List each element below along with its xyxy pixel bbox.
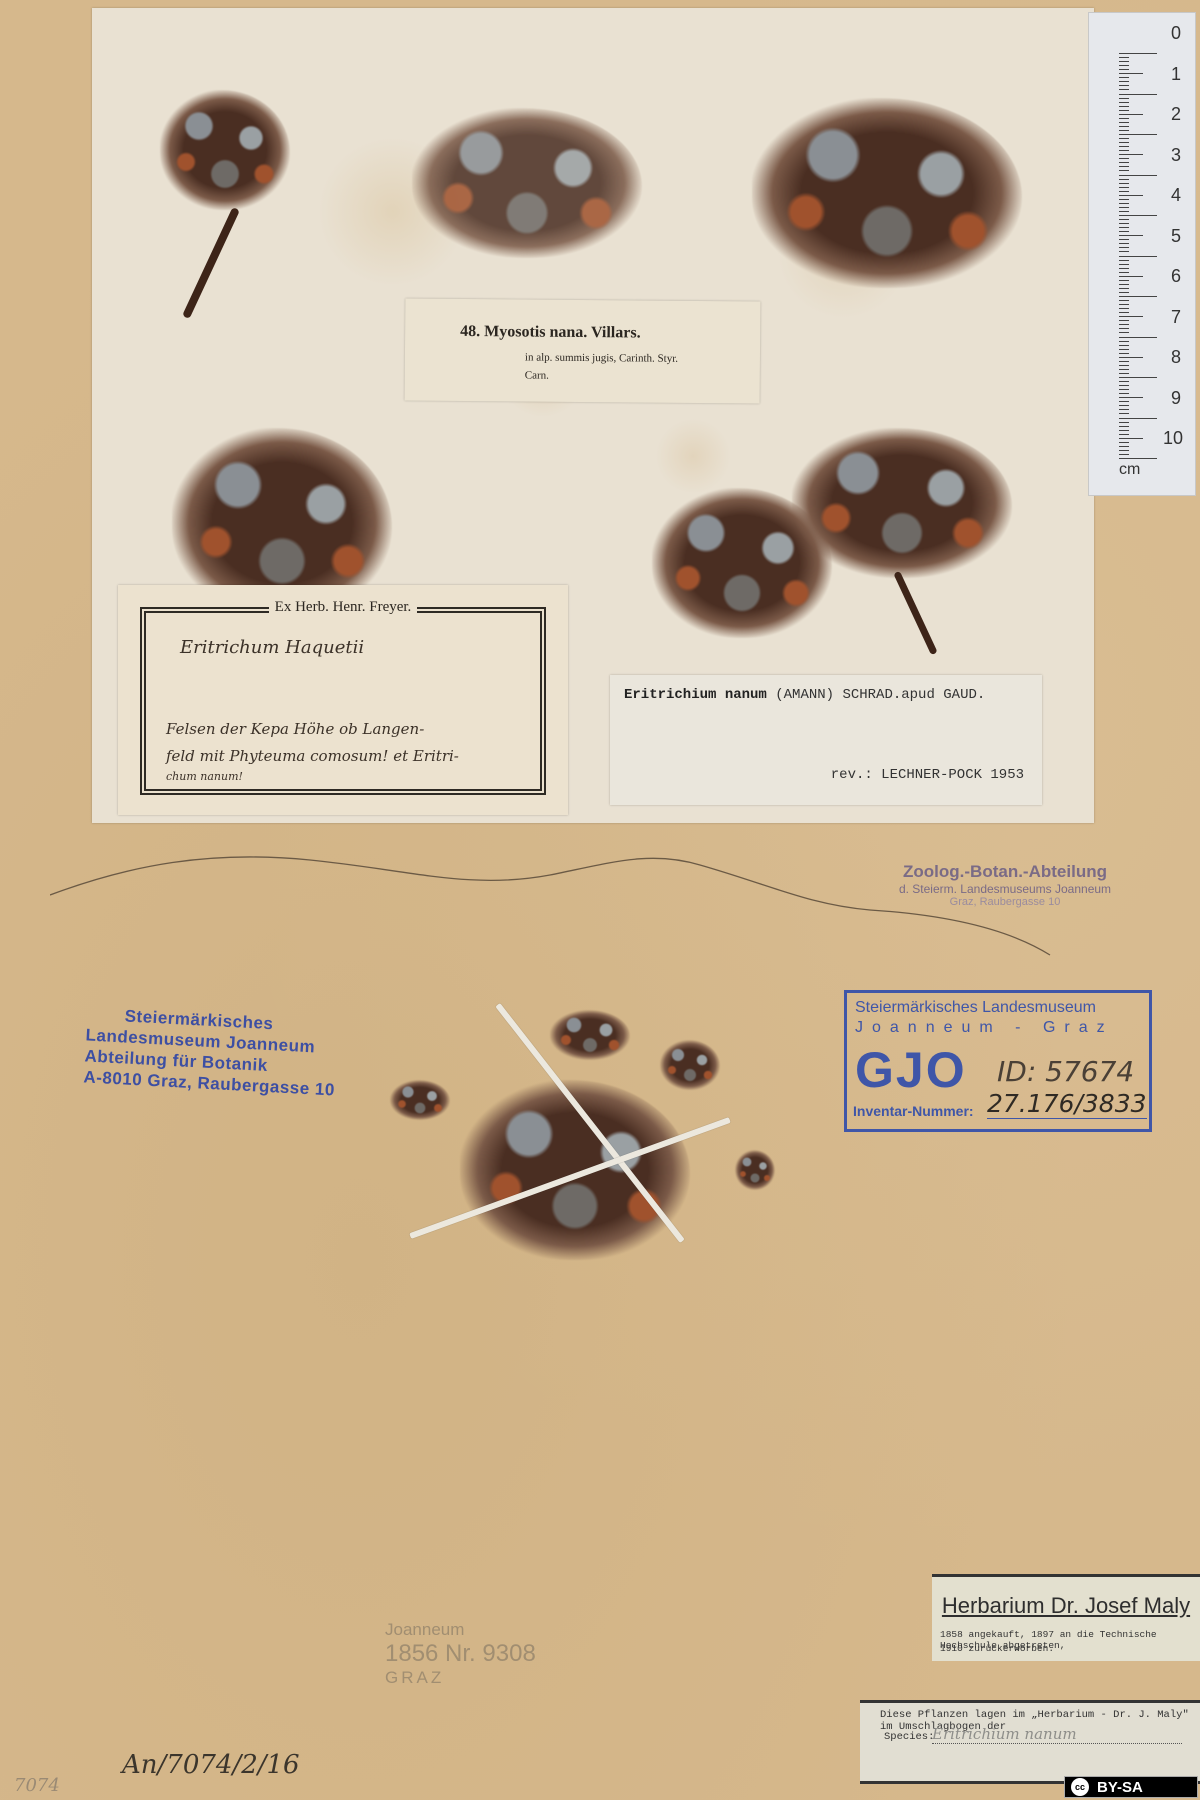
- ruler-tick: [1119, 413, 1129, 414]
- ruler-tick: [1119, 203, 1129, 204]
- ruler-tick: [1119, 337, 1157, 338]
- ruler-number: 2: [1171, 104, 1181, 125]
- ruler-number: 5: [1171, 226, 1181, 247]
- taxon-name: Eritrichium nanum: [624, 687, 767, 703]
- ruler-tick: [1119, 454, 1129, 455]
- ruler-tick: [1119, 361, 1129, 362]
- ruler-tick: [1119, 341, 1129, 342]
- ruler-unit: cm: [1119, 461, 1140, 479]
- ruler-tick: [1119, 154, 1143, 155]
- ruler-tick: [1119, 57, 1129, 58]
- ruler-tick: [1119, 385, 1129, 386]
- stamp-line: Zoolog.-Botan.-Abteilung: [880, 862, 1130, 882]
- ruler-tick: [1119, 442, 1129, 443]
- ruler-tick: [1119, 268, 1129, 269]
- stamp-joanneum-faint: Joanneum 1856 Nr. 9308 GRAZ: [385, 1620, 536, 1688]
- ruler-tick: [1119, 450, 1129, 451]
- ruler-tick: [1119, 146, 1129, 147]
- ruler-tick: [1119, 77, 1129, 78]
- ruler-tick: [1119, 231, 1129, 232]
- ruler-tick: [1119, 98, 1129, 99]
- ruler-number: 9: [1171, 388, 1181, 409]
- label-locality: in alp. summis jugis, Carinth. Styr.: [525, 351, 678, 364]
- ruler-tick: [1119, 199, 1129, 200]
- ruler-tick: [1119, 191, 1129, 192]
- ruler-tick: [1119, 61, 1129, 62]
- ruler-tick: [1119, 138, 1129, 139]
- ruler-tick: [1119, 134, 1157, 135]
- ruler-tick: [1119, 284, 1129, 285]
- faint-handwritten-number: 7074: [14, 1775, 60, 1796]
- ruler-tick: [1119, 195, 1143, 196]
- stamp-line: 1856 Nr. 9308: [385, 1640, 536, 1668]
- plant-flower-head: [660, 1040, 720, 1090]
- ruler-tick: [1119, 304, 1129, 305]
- ruler-tick: [1119, 243, 1129, 244]
- ruler-tick: [1119, 69, 1129, 70]
- plant-flower-head: [550, 1010, 630, 1060]
- ruler-tick: [1119, 446, 1129, 447]
- ruler-tick: [1119, 150, 1129, 151]
- stamp-gjo-inventory: Steiermärkisches Landesmuseum Joanneum -…: [844, 990, 1152, 1132]
- ruler-tick: [1119, 219, 1129, 220]
- ruler-tick: [1119, 251, 1129, 252]
- ruler-tick: [1119, 247, 1129, 248]
- ruler-tick: [1119, 365, 1129, 366]
- ruler-number: 1: [1171, 64, 1181, 85]
- ruler-number: 4: [1171, 185, 1181, 206]
- ruler-tick: [1119, 73, 1143, 74]
- ruler-tick: [1119, 239, 1129, 240]
- gjo-acronym: GJO: [855, 1041, 967, 1099]
- stamp-line: Joanneum - Graz: [855, 1019, 1114, 1037]
- ruler-tick: [1119, 332, 1129, 333]
- ruler-tick: [1119, 300, 1129, 301]
- ruler-tick: [1119, 207, 1129, 208]
- ruler-tick: [1119, 130, 1129, 131]
- ornamental-border: [140, 607, 546, 795]
- ruler-tick: [1119, 170, 1129, 171]
- ruler-tick: [1119, 81, 1129, 82]
- label-title: 48. Myosotis nana. Villars.: [460, 323, 641, 343]
- ruler-tick: [1119, 377, 1157, 378]
- label-myosotis-nana: 48. Myosotis nana. Villars. in alp. summ…: [405, 298, 761, 403]
- ruler-tick: [1119, 296, 1157, 297]
- ruler-tick: [1119, 85, 1129, 86]
- plant-stem-1: [182, 207, 240, 319]
- label-header: Ex Herb. Henr. Freyer.: [118, 598, 568, 616]
- stamp-zoolog-botan: Zoolog.-Botan.-Abteilung d. Steierm. Lan…: [880, 862, 1130, 908]
- ruler-tick: [1119, 422, 1129, 423]
- stamp-line: Steiermärkisches Landesmuseum: [855, 999, 1096, 1017]
- ruler-tick: [1119, 345, 1129, 346]
- ruler-tick: [1119, 353, 1129, 354]
- handwritten-locality-3: chum nanum!: [166, 770, 243, 783]
- ruler-tick: [1119, 288, 1129, 289]
- plant-specimen-3: [752, 98, 1022, 288]
- ruler-tick: [1119, 328, 1129, 329]
- stamp-abteilung-botanik: Steiermärkisches Landesmuseum Joanneum A…: [83, 1003, 339, 1100]
- ruler-tick: [1119, 106, 1129, 107]
- ruler-tick: [1119, 401, 1129, 402]
- ruler-number: 0: [1171, 23, 1181, 44]
- ruler-tick: [1119, 280, 1129, 281]
- main-plant-specimen: [390, 1000, 770, 1270]
- ruler-tick: [1119, 397, 1143, 398]
- ruler-tick: [1119, 166, 1129, 167]
- ruler-tick: [1119, 264, 1129, 265]
- specimen-id: ID: 57674: [997, 1055, 1134, 1088]
- ruler-tick: [1119, 142, 1129, 143]
- stamp-line: d. Steierm. Landesmuseums Joanneum: [880, 882, 1130, 896]
- plant-flower-head: [390, 1080, 450, 1120]
- ruler-tick: [1119, 430, 1129, 431]
- handwritten-locality-1: Felsen der Kepa Höhe ob Langen-: [166, 720, 424, 738]
- ruler-tick: [1119, 389, 1129, 390]
- ruler-tick: [1119, 349, 1129, 350]
- ruler-tick: [1119, 235, 1143, 236]
- stamp-line: Graz, Raubergasse 10: [880, 896, 1130, 908]
- cc-icon: cc: [1071, 1778, 1089, 1796]
- label-herbarium-maly: Herbarium Dr. Josef Maly 1858 angekauft,…: [932, 1574, 1200, 1661]
- license-badge[interactable]: cc BY-SA: [1064, 1776, 1198, 1798]
- ruler-tick: [1119, 405, 1129, 406]
- ruler-tick: [1119, 126, 1129, 127]
- ruler-tick: [1119, 118, 1129, 119]
- scale-ruler: 012345678910 cm: [1088, 12, 1196, 496]
- license-text: BY-SA: [1097, 1779, 1143, 1796]
- ruler-tick: [1119, 292, 1129, 293]
- species-value: Eritrichium nanum: [932, 1725, 1182, 1744]
- ruler-tick: [1119, 89, 1129, 90]
- ruler-tick: [1119, 122, 1129, 123]
- plant-specimen-1: [160, 90, 290, 210]
- ruler-tick: [1119, 357, 1143, 358]
- ruler-tick: [1119, 316, 1143, 317]
- handwritten-taxon: Eritrichum Haquetii: [180, 637, 364, 658]
- inventory-label: Inventar-Nummer:: [853, 1103, 974, 1119]
- label-region: Carn.: [525, 369, 549, 381]
- ruler-tick: [1119, 260, 1129, 261]
- ruler-tick: [1119, 158, 1129, 159]
- ruler-tick: [1119, 272, 1129, 273]
- label-species-strip: Diese Pflanzen lagen im „Herbarium - Dr.…: [860, 1700, 1200, 1784]
- ruler-number: 6: [1171, 266, 1181, 287]
- stamp-line: GRAZ: [385, 1668, 536, 1688]
- taxon-authors: (AMANN) SCHRAD.apud GAUD.: [775, 687, 985, 703]
- ruler-tick: [1119, 65, 1129, 66]
- ruler-tick: [1119, 458, 1157, 459]
- ruler-tick: [1119, 308, 1129, 309]
- ruler-number: 10: [1163, 428, 1183, 449]
- ruler-tick: [1119, 418, 1157, 419]
- ruler-tick: [1119, 215, 1157, 216]
- plant-flower-head: [735, 1150, 775, 1190]
- inventory-number: 27.176/3833: [987, 1089, 1147, 1119]
- ruler-tick: [1119, 227, 1129, 228]
- ruler-number: 7: [1171, 307, 1181, 328]
- label-revision: Eritrichium nanum (AMANN) SCHRAD.apud GA…: [610, 675, 1042, 805]
- revision-taxon: Eritrichium nanum (AMANN) SCHRAD.apud GA…: [624, 687, 985, 703]
- ruler-tick: [1119, 175, 1157, 176]
- ruler-tick: [1119, 438, 1143, 439]
- ruler-tick: [1119, 434, 1129, 435]
- ruler-tick: [1119, 256, 1157, 257]
- ruler-tick: [1119, 211, 1129, 212]
- ruler-tick: [1119, 369, 1129, 370]
- accession-number: An/7074/2/16: [122, 1750, 300, 1780]
- handwritten-locality-2: feld mit Phyteuma comosum! et Eritri-: [166, 747, 459, 765]
- plant-specimen-2: [412, 108, 642, 258]
- ruler-tick: [1119, 312, 1129, 313]
- ruler-tick: [1119, 183, 1129, 184]
- ruler-tick: [1119, 381, 1129, 382]
- ruler-number: 8: [1171, 347, 1181, 368]
- ruler-tick: [1119, 187, 1129, 188]
- ruler-tick: [1119, 276, 1143, 277]
- ruler-tick: [1119, 102, 1129, 103]
- maly-title: Herbarium Dr. Josef Maly: [932, 1593, 1200, 1619]
- ruler-tick: [1119, 223, 1129, 224]
- ruler-tick: [1119, 426, 1129, 427]
- species-label: Species:: [884, 1731, 934, 1743]
- stamp-line: Joanneum: [385, 1620, 536, 1640]
- plant-stem-6: [893, 571, 937, 656]
- header-text: Ex Herb. Henr. Freyer.: [269, 599, 418, 615]
- revision-by: rev.: LECHNER-POCK 1953: [831, 767, 1024, 783]
- ruler-number: 3: [1171, 145, 1181, 166]
- ruler-tick: [1119, 114, 1143, 115]
- plant-specimen-6: [792, 428, 1012, 578]
- ruler-tick: [1119, 393, 1129, 394]
- ruler-tick: [1119, 373, 1129, 374]
- label-freyer: Ex Herb. Henr. Freyer. Eritrichum Haquet…: [118, 585, 568, 815]
- ruler-tick: [1119, 53, 1157, 54]
- ruler-tick: [1119, 409, 1129, 410]
- ruler-tick: [1119, 94, 1157, 95]
- ruler-tick: [1119, 110, 1129, 111]
- ruler-tick: [1119, 162, 1129, 163]
- ruler-tick: [1119, 324, 1129, 325]
- ruler-tick: [1119, 320, 1129, 321]
- maly-note: 1910 zurückerworben.: [940, 1643, 1054, 1654]
- ruler-tick: [1119, 179, 1129, 180]
